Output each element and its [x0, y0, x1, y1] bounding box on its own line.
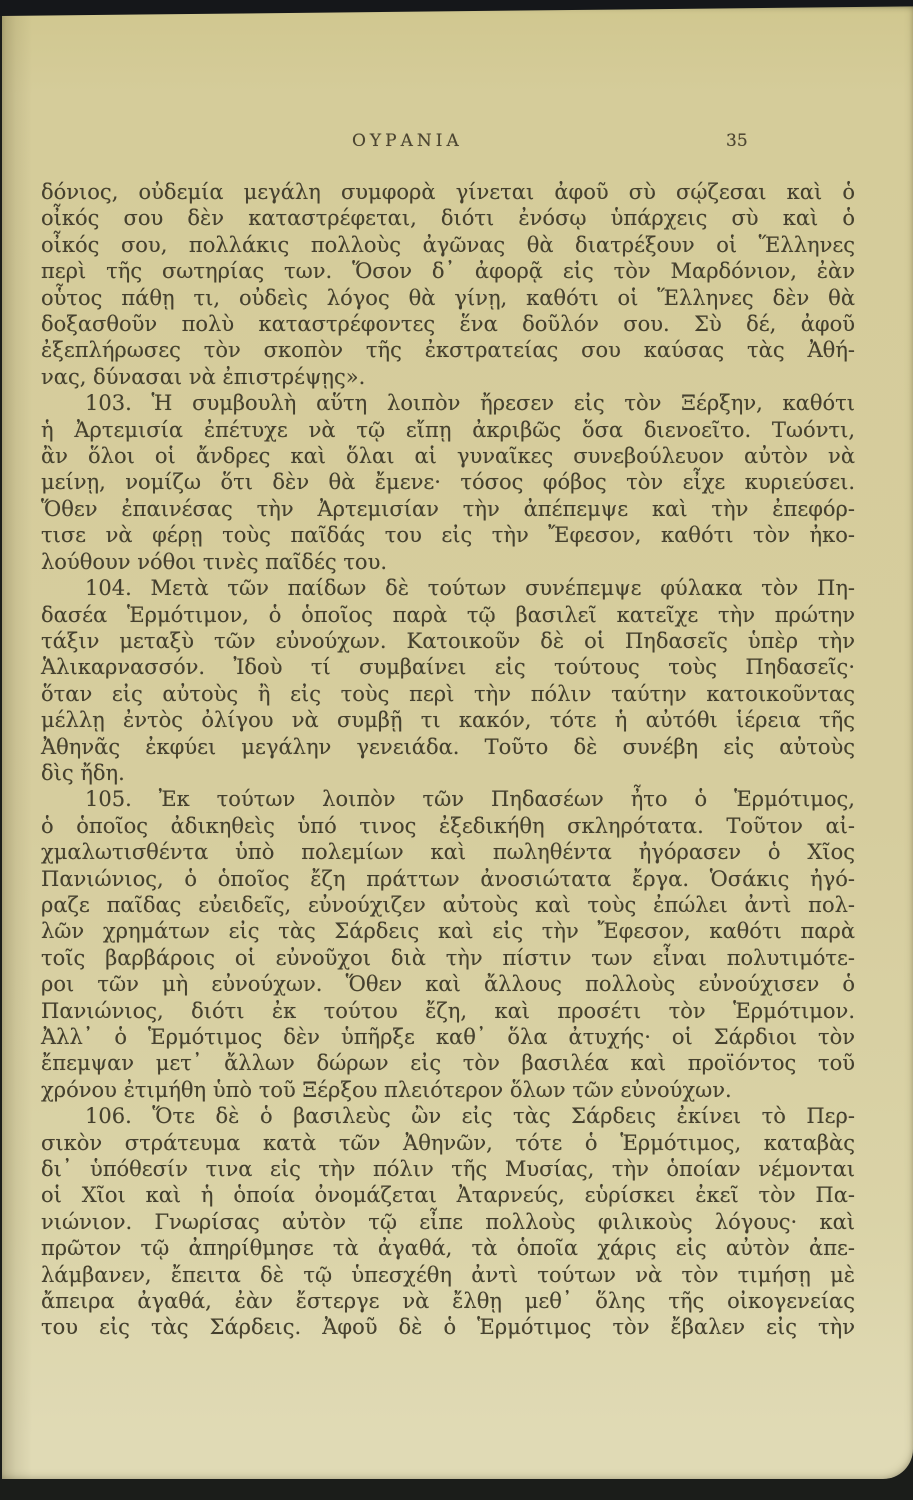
text-line: οἶκός σου δὲν καταστρέφεται, διότι ἐνόσῳ…: [41, 205, 855, 231]
text-line: δοξασθοῦν πολὺ καταστρέφοντες ἕνα δοῦλόν…: [41, 311, 855, 337]
text-line: 105. Ἐκ τούτων λοιπὸν τῶν Πηδασέων ἦτο ὁ…: [41, 786, 855, 812]
text-line: οἶκός σου, πολλάκις πολλοὺς ἀγῶνας θὰ δι…: [41, 232, 855, 258]
text-line: ἡ Ἀρτεμισία ἐπέτυχε νὰ τῷ εἴπῃ ἀκριβῶς ὅ…: [41, 417, 855, 443]
text-line: ροι τῶν μὴ εὐνούχων. Ὅθεν καὶ ἄλλους πολ…: [41, 971, 855, 997]
text-line: δι᾽ ὑπόθεσίν τινα εἰς τὴν πόλιν τῆς Μυσί…: [41, 1156, 855, 1182]
page-number: 35: [726, 131, 748, 151]
text-line: λάμβανεν, ἔπειτα δὲ τῷ ὑπεσχέθη ἀντὶ τού…: [41, 1262, 855, 1288]
text-line: ὅταν εἰς αὐτοὺς ἢ εἰς τοὺς περὶ τὴν πόλι…: [41, 681, 855, 707]
text-line: Πανιώνιος, διότι ἐκ τούτου ἔζη, καὶ προσ…: [41, 998, 855, 1024]
text-line: νιώνιον. Γνωρίσας αὐτὸν τῷ εἶπε πολλοὺς …: [41, 1209, 855, 1235]
text-line: λούθουν νόθοι τινὲς παῖδές του.: [41, 549, 855, 575]
text-line: ἄπειρα ἀγαθά, ἐὰν ἔστεργε νὰ ἔλθῃ μεθ᾽ ὅ…: [41, 1288, 855, 1314]
text-line: πρῶτον τῷ ἀπηρίθμησε τὰ ἀγαθά, τὰ ὁποῖα …: [41, 1235, 855, 1261]
text-line: μέλλῃ ἐντὸς ὀλίγου νὰ συμβῇ τι κακόν, τό…: [41, 707, 855, 733]
text-line: Πανιώνιος, ὁ ὁποῖος ἔζη πράττων ἀνοσιώτα…: [41, 866, 855, 892]
text-line: 104. Μετὰ τῶν παίδων δὲ τούτων συνέπεμψε…: [41, 575, 855, 601]
text-line: μείνῃ, νομίζω ὅτι δὲν θὰ ἔμενε· τόσος φό…: [41, 469, 855, 495]
text-line: περὶ τῆς σωτηρίας των. Ὅσον δ᾽ ἀφορᾷ εἰς…: [41, 258, 855, 284]
text-line: 106. Ὅτε δὲ ὁ βασιλεὺς ὢν εἰς τὰς Σάρδει…: [41, 1103, 855, 1129]
text-line: ὁ ὁποῖος ἀδικηθεὶς ὑπό τινος ἐξεδικήθη σ…: [41, 813, 855, 839]
text-line: νας, δύνασαι νὰ ἐπιστρέψῃς».: [41, 364, 855, 390]
text-line: ἂν ὅλοι οἱ ἄνδρες καὶ ὅλαι αἱ γυναῖκες σ…: [41, 443, 855, 469]
text-line: 103. Ἡ συμβουλὴ αὕτη λοιπὸν ἤρεσεν εἰς τ…: [41, 390, 855, 416]
text-line: δὶς ἤδη.: [41, 760, 855, 786]
text-line: χρόνου ἐτιμήθη ὑπὸ τοῦ Ξέρξου πλειότερον…: [41, 1077, 855, 1103]
text-line: τισε νὰ φέρῃ τοὺς παῖδάς του εἰς τὴν Ἔφε…: [41, 522, 855, 548]
text-line: σικὸν στράτευμα κατὰ τῶν Ἀθηνῶν, τότε ὁ …: [41, 1130, 855, 1156]
text-block: δόνιος, οὐδεμία μεγάλη συμφορὰ γίνεται ἀ…: [41, 179, 855, 1341]
text-line: οὗτος πάθῃ τι, οὐδεὶς λόγος θὰ γίνῃ, καθ…: [41, 285, 855, 311]
text-line: τοῖς βαρβάροις οἱ εὐνοῦχοι διὰ τὴν πίστι…: [41, 945, 855, 971]
text-line: Ἀθηνᾶς ἐκφύει μεγάλην γενειάδα. Τοῦτο δὲ…: [41, 734, 855, 760]
text-line: τάξιν μεταξὺ τῶν εὐνούχων. Κατοικοῦν δὲ …: [41, 628, 855, 654]
text-line: ραζε παῖδας εὐειδεῖς, εὐνούχιζεν αὐτοὺς …: [41, 892, 855, 918]
text-line: ἔπεμψαν μετ᾽ ἄλλων δώρων εἰς τὸν βασιλέα…: [41, 1050, 855, 1076]
text-line: του εἰς τὰς Σάρδεις. Ἀφοῦ δὲ ὁ Ἑρμότιμος…: [41, 1314, 855, 1340]
running-head: ΟΥΡΑΝΙΑ: [352, 131, 463, 151]
text-line: χμαλωτισθέντα ὑπὸ πολεμίων καὶ πωληθέντα…: [41, 839, 855, 865]
text-line: οἱ Χῖοι καὶ ἡ ὁποία ὀνομάζεται Ἀταρνεύς,…: [41, 1182, 855, 1208]
text-line: λῶν χρημάτων εἰς τὰς Σάρδεις καὶ εἰς τὴν…: [41, 918, 855, 944]
text-line: δασέα Ἑρμότιμον, ὁ ὁποῖος παρὰ τῷ βασιλε…: [41, 602, 855, 628]
page-content: ΟΥΡΑΝΙΑ 35 δόνιος, οὐδεμία μεγάλη συμφορ…: [0, 0, 913, 1500]
text-line: δόνιος, οὐδεμία μεγάλη συμφορὰ γίνεται ἀ…: [41, 179, 855, 205]
text-line: Ἀλλ᾽ ὁ Ἑρμότιμος δὲν ὑπῆρξε καθ᾽ ὅλα ἀτυ…: [41, 1024, 855, 1050]
scanned-book-page: ΟΥΡΑΝΙΑ 35 δόνιος, οὐδεμία μεγάλη συμφορ…: [0, 0, 913, 1500]
text-line: Ἁλικαρνασσόν. Ἰδοὺ τί συμβαίνει εἰς τούτ…: [41, 654, 855, 680]
text-line: ἐξεπλήρωσες τὸν σκοπὸν τῆς ἐκστρατείας σ…: [41, 337, 855, 363]
text-line: Ὅθεν ἐπαινέσας τὴν Ἀρτεμισίαν τὴν ἀπέπεμ…: [41, 496, 855, 522]
